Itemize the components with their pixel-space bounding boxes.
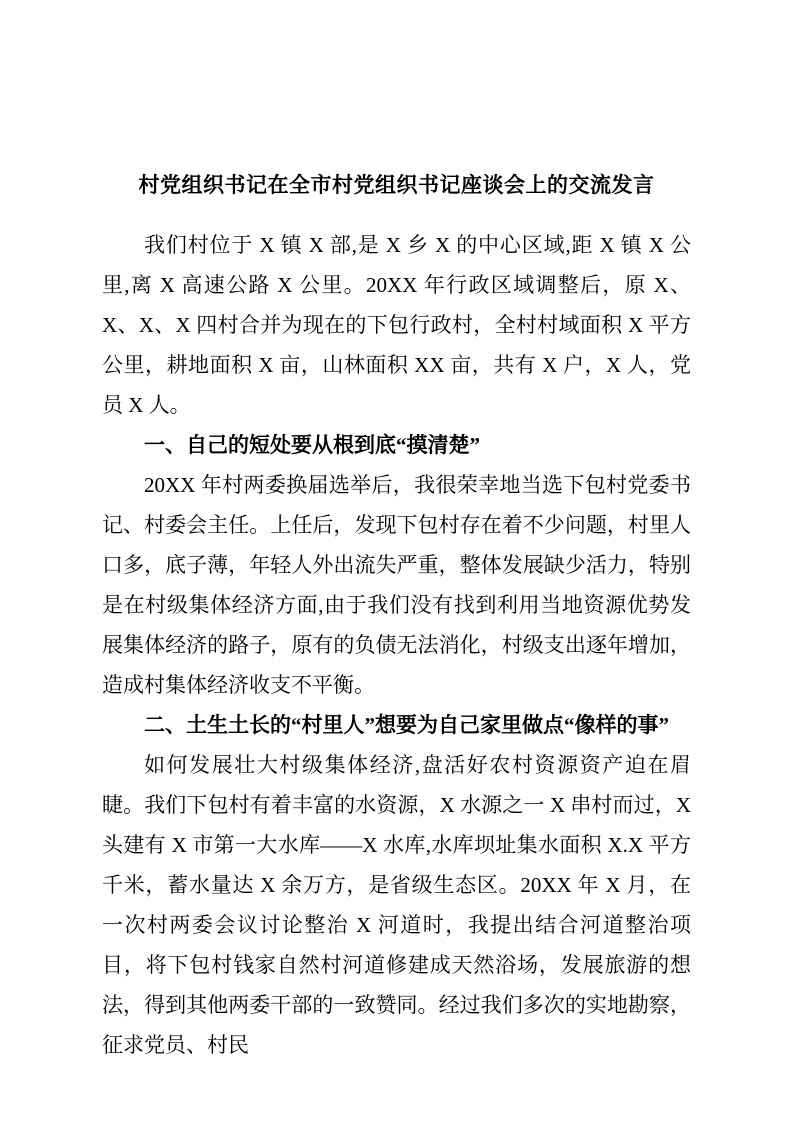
section-1-paragraph: 20XX 年村两委换届选举后，我很荣幸地当选下包村党委书记、村委会主任。上任后，… (102, 465, 691, 705)
document-content: 村党组织书记在全市村党组织书记座谈会上的交流发言 我们村位于 X 镇 X 部,是… (0, 0, 793, 1065)
section-heading-1: 一、自己的短处要从根到底“摸清楚” (102, 425, 691, 465)
intro-paragraph: 我们村位于 X 镇 X 部,是 X 乡 X 的中心区域,距 X 镇 X 公里,离… (102, 225, 691, 425)
document-page: 村党组织书记在全市村党组织书记座谈会上的交流发言 我们村位于 X 镇 X 部,是… (0, 0, 793, 1122)
document-title: 村党组织书记在全市村党组织书记座谈会上的交流发言 (102, 165, 691, 205)
section-2-paragraph: 如何发展壮大村级集体经济,盘活好农村资源资产迫在眉睫。我们下包村有着丰富的水资源… (102, 745, 691, 1065)
section-heading-2: 二、土生土长的“村里人”想要为自己家里做点“像样的事” (102, 705, 691, 745)
